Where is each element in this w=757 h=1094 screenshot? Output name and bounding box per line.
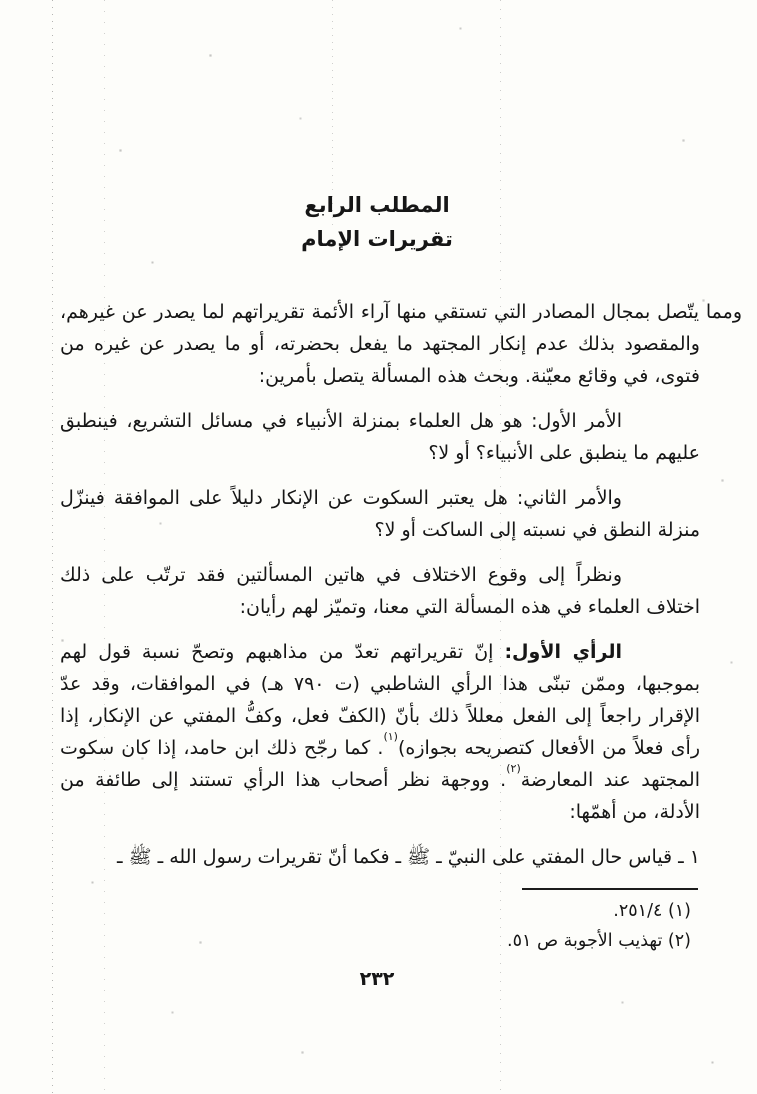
section-title-line1: المطلب الرابع — [57, 188, 697, 222]
paragraph-3: والأمر الثاني: هل يعتبر السكوت عن الإنكا… — [60, 482, 700, 546]
list-item-1: ١ ـ قياس حال المفتي على النبيّ ـ ﷺ ـ فكم… — [60, 841, 700, 873]
scan-speckles — [0, 0, 1, 1]
paragraph-1: ومما يتّصل بمجال المصادر التي تستقي منها… — [60, 296, 700, 392]
body-text: ومما يتّصل بمجال المصادر التي تستقي منها… — [60, 296, 700, 873]
page-number: ٢٣٢ — [57, 968, 697, 990]
paragraph-3-lead: والأمر الثاني: — [517, 487, 622, 509]
section-heading: المطلب الرابع تقريرات الإمام — [57, 188, 697, 256]
footnote-2: (٢) تهذيب الأجوبة ص ٥١. — [271, 926, 691, 956]
section-title-line2: تقريرات الإمام — [57, 222, 697, 256]
footnote-marker-1: (١) — [383, 730, 398, 743]
footnote-1: (١) ٢٥١/٤. — [271, 896, 691, 926]
footnote-separator — [522, 888, 698, 890]
paragraph-2: الأمر الأول: هو هل العلماء بمنزلة الأنبي… — [60, 405, 700, 469]
paragraph-5-lead: الرأي الأول: — [504, 641, 622, 663]
scan-artifact-line — [52, 0, 53, 1094]
scanned-page: المطلب الرابع تقريرات الإمام ومما يتّصل … — [0, 0, 757, 1094]
paragraph-5: الرأي الأول: إنّ تقريراتهم تعدّ من مذاهب… — [60, 636, 700, 828]
paragraph-2-lead: الأمر الأول: — [531, 410, 622, 432]
footnote-marker-2: (٢) — [506, 762, 521, 775]
paragraph-4: ونظراً إلى وقوع الاختلاف في هاتين المسأل… — [60, 559, 700, 623]
footnotes: (١) ٢٥١/٤. (٢) تهذيب الأجوبة ص ٥١. — [271, 896, 691, 956]
